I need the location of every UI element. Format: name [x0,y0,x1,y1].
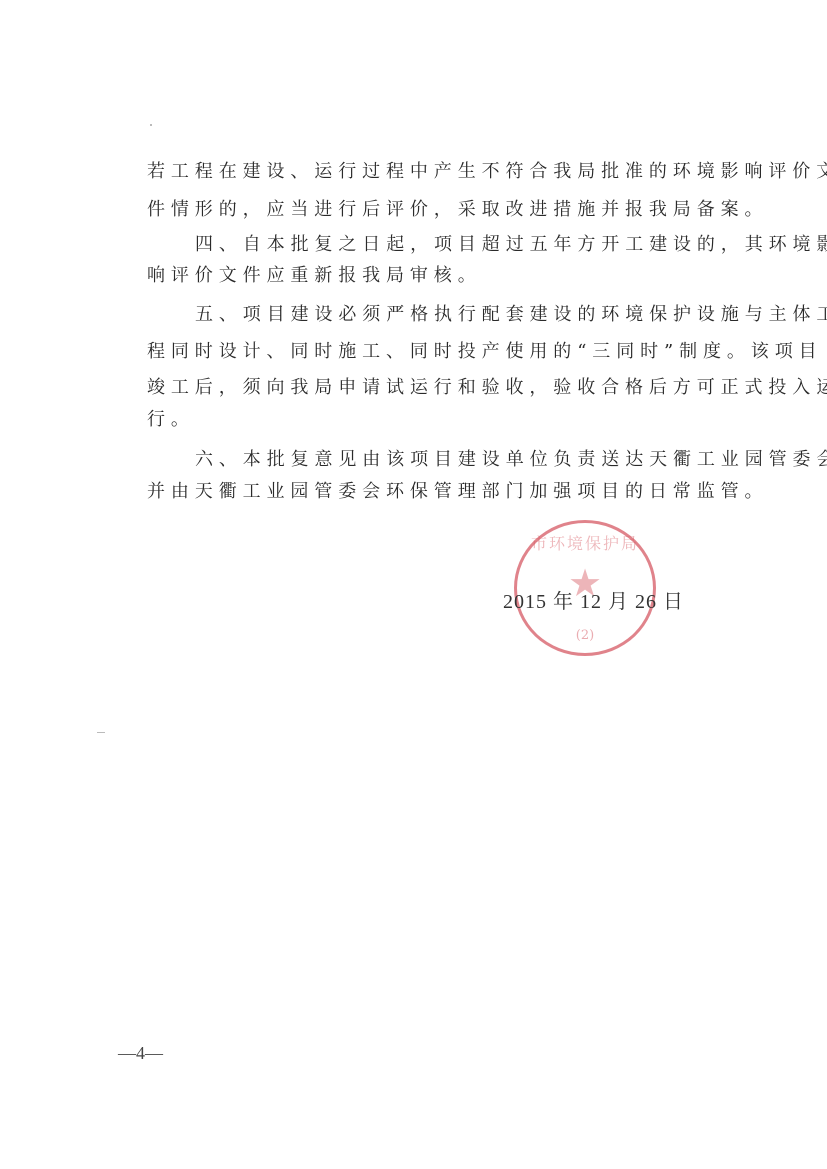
paragraph-line: 若工程在建设、运行过程中产生不符合我局批准的环境影响评价文 [147,160,827,184]
seal-text: 市环境保护局 [517,531,653,554]
page-number: —4— [118,1043,163,1064]
paragraph-line: 件情形的，应当进行后评价，采取改进措施并报我局备案。 [147,198,768,222]
scan-speck [150,124,152,126]
paragraph-line: 五、项目建设必须严格执行配套建设的环境保护设施与主体工 [195,303,827,327]
seal-code: (2) [517,628,653,643]
signature-date: 2015 年 12 月 26 日 [503,585,684,614]
scan-speck [97,732,105,733]
paragraph-line: 行。 [147,408,195,432]
paragraph-line: 响评价文件应重新报我局审核。 [147,264,482,288]
paragraph-line: 并由天衢工业园管委会环保管理部门加强项目的日常监管。 [147,480,768,504]
paragraph-line: 六、本批复意见由该项目建设单位负责送达天衢工业园管委会， [195,448,827,472]
paragraph-line: 四、自本批复之日起，项目超过五年方开工建设的，其环境影 [195,233,827,257]
paragraph-line: 程同时设计、同时施工、同时投产使用的“三同时”制度。该项目 [147,340,823,364]
paragraph-line: 竣工后，须向我局申请试运行和验收，验收合格后方可正式投入运 [147,376,827,400]
